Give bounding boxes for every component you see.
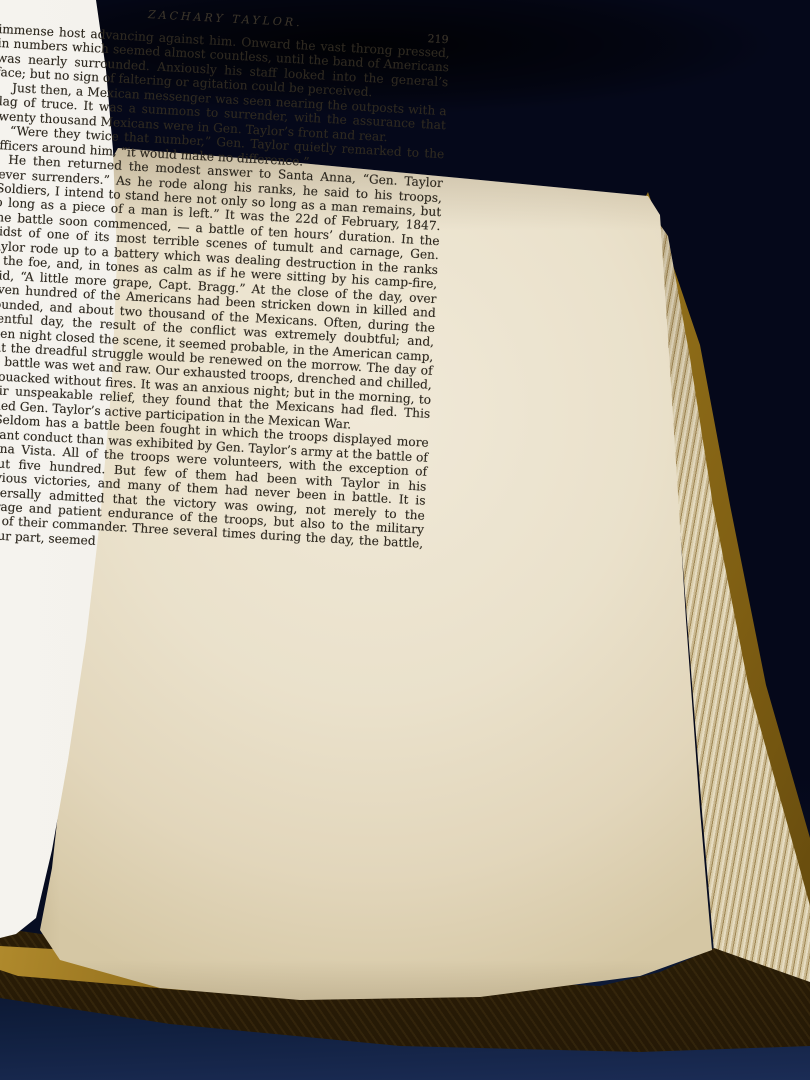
open-book-photo: ZACHARY TAYLOR. 219 immense host advanci… [0, 0, 810, 1080]
page-text-block: ZACHARY TAYLOR. 219 immense host advanci… [0, 0, 451, 644]
paragraph: Seldom has a battle been fought in which… [0, 412, 429, 566]
paragraph: He then returned the modest answer to Sa… [0, 152, 443, 436]
page-number: 219 [427, 32, 449, 46]
